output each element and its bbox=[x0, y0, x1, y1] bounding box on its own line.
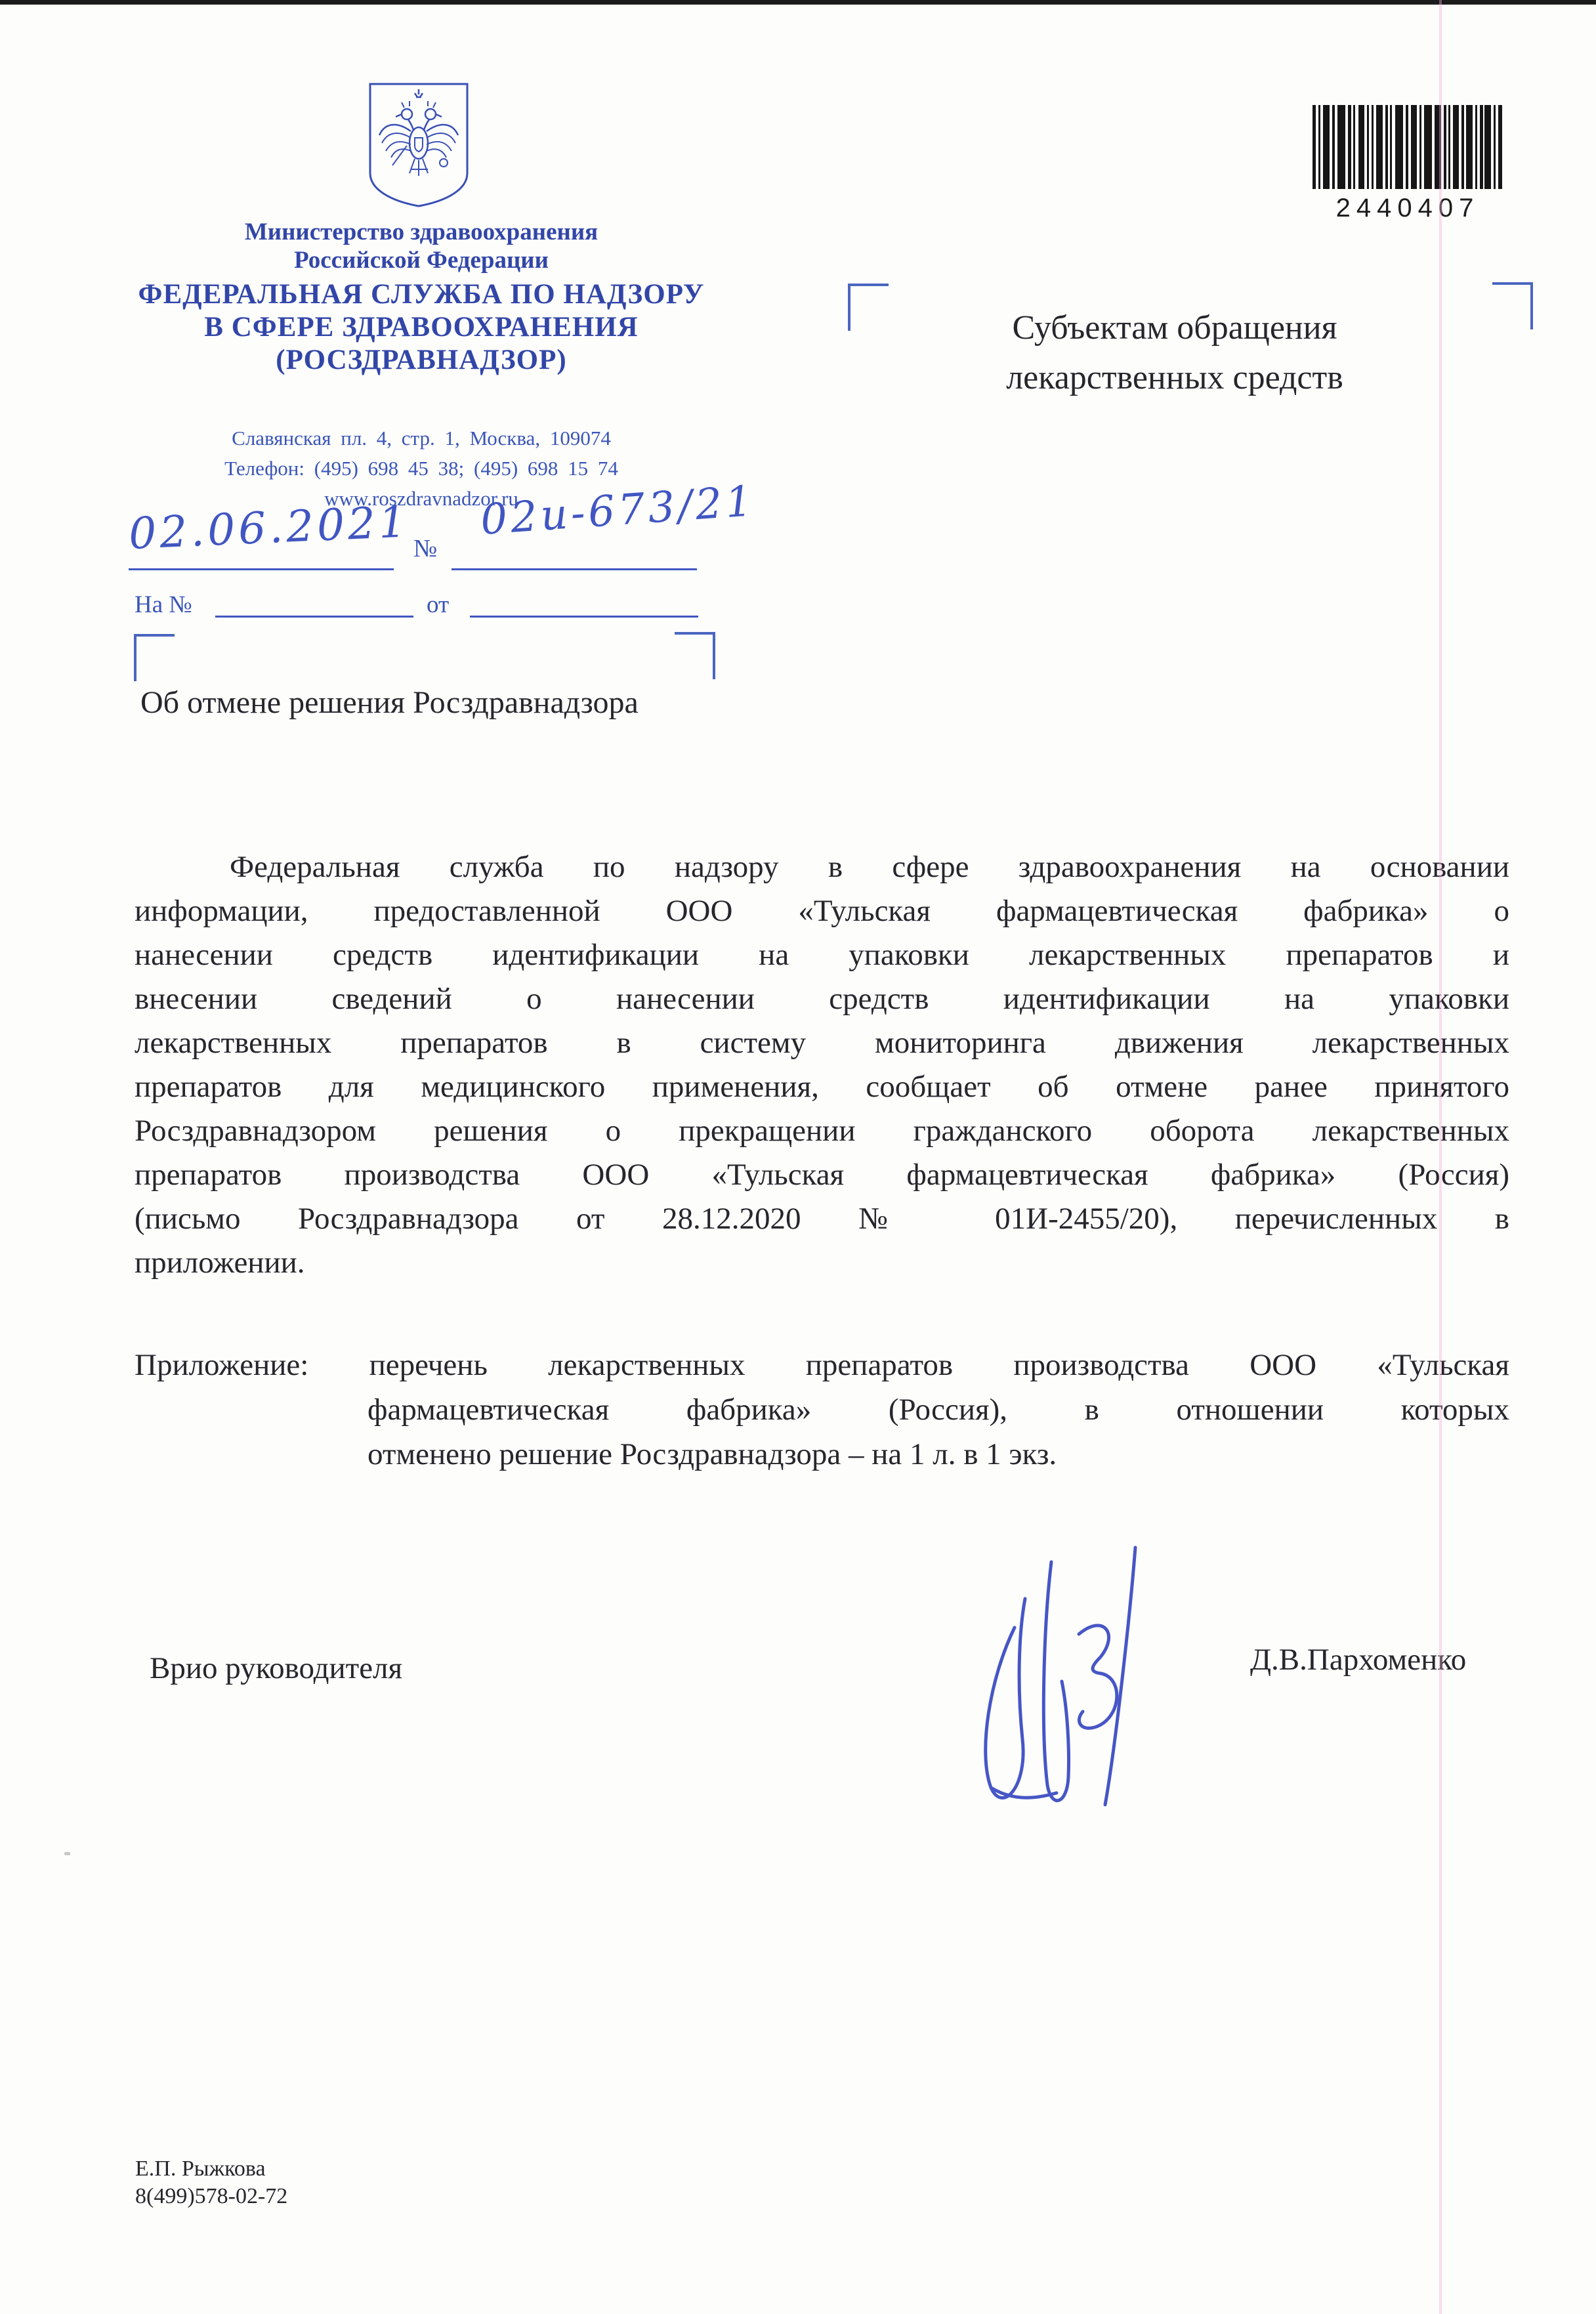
body-paragraph: Федеральная служба по надзору в сфере зд… bbox=[135, 845, 1509, 1285]
executor-block: Е.П. Рыжкова 8(499)578-02-72 bbox=[135, 2155, 287, 2210]
attachment-note: Приложение: перечень лекарственных препа… bbox=[135, 1343, 1509, 1477]
ministry-name: Министерство здравоохранения Российской … bbox=[41, 218, 802, 274]
attachment-line: фармацевтическая фабрика» (Россия), в от… bbox=[367, 1387, 1509, 1432]
ministry-line2: Российской Федерации bbox=[41, 246, 802, 274]
barcode-bars bbox=[1312, 105, 1503, 189]
corner-mark-subject-right bbox=[675, 632, 715, 679]
reply-date-blank-line bbox=[470, 616, 698, 618]
body-line: Росздравнадзором решения о прекращении г… bbox=[135, 1109, 1509, 1153]
letterhead-phone: Телефон: (495) 698 45 38; (495) 698 15 7… bbox=[41, 453, 802, 484]
attachment-line: Приложение: перечень лекарственных препа… bbox=[135, 1343, 1509, 1387]
signer-position: Врио руководителя bbox=[150, 1651, 402, 1686]
scan-edge-artifact bbox=[0, 0, 1596, 5]
number-blank-line bbox=[451, 568, 697, 570]
executor-name: Е.П. Рыжкова bbox=[135, 2155, 287, 2183]
corner-mark-recipient-right bbox=[1492, 282, 1533, 329]
recipient-line1: Субъектам обращения bbox=[912, 303, 1437, 353]
barcode-number: 2440407 bbox=[1312, 194, 1503, 223]
scan-speck-artifact bbox=[64, 1852, 70, 1855]
date-blank-line bbox=[129, 568, 394, 570]
agency-line1: ФЕДЕРАЛЬНАЯ СЛУЖБА ПО НАДЗОРУ bbox=[41, 278, 802, 311]
body-line: препаратов для медицинского применения, … bbox=[135, 1065, 1509, 1109]
body-line: нанесении средств идентификации на упако… bbox=[135, 933, 1509, 977]
body-line: Федеральная служба по надзору в сфере зд… bbox=[135, 845, 1509, 889]
reply-number-label: На № bbox=[135, 591, 192, 619]
body-line: внесении сведений о нанесении средств ид… bbox=[135, 977, 1509, 1021]
corner-mark-recipient-left bbox=[848, 284, 889, 331]
barcode: 2440407 bbox=[1312, 105, 1503, 218]
signature-ink bbox=[938, 1536, 1188, 1818]
corner-mark-subject-left bbox=[134, 634, 175, 681]
recipient-block: Субъектам обращения лекарственных средст… bbox=[912, 303, 1437, 403]
subject-line: Об отмене решения Росздравнадзора bbox=[140, 684, 639, 721]
agency-line2: В СФЕРЕ ЗДРАВООХРАНЕНИЯ bbox=[41, 311, 802, 344]
ministry-line1: Министерство здравоохранения bbox=[41, 218, 802, 246]
body-line: информации, предоставленной ООО «Тульска… bbox=[135, 889, 1509, 933]
body-line: (письмо Росздравнадзора от 28.12.2020 № … bbox=[135, 1197, 1509, 1241]
scanned-letter-page: Министерство здравоохранения Российской … bbox=[0, 0, 1596, 2314]
coat-of-arms-icon bbox=[365, 80, 472, 209]
executor-phone: 8(499)578-02-72 bbox=[135, 2183, 287, 2210]
agency-name: ФЕДЕРАЛЬНАЯ СЛУЖБА ПО НАДЗОРУ В СФЕРЕ ЗД… bbox=[41, 278, 802, 377]
reply-from-label: от bbox=[427, 591, 449, 619]
reply-number-blank-line bbox=[215, 616, 413, 618]
recipient-line2: лекарственных средств bbox=[912, 353, 1437, 403]
body-line: приложении. bbox=[135, 1241, 1509, 1285]
body-line: лекарственных препаратов в систему монит… bbox=[135, 1021, 1509, 1065]
signer-name: Д.В.Пархоменко bbox=[1250, 1642, 1466, 1677]
number-sign-label: № bbox=[413, 534, 437, 563]
body-line: препаратов производства ООО «Тульская фа… bbox=[135, 1153, 1509, 1197]
agency-line3: (РОСЗДРАВНАДЗОР) bbox=[41, 344, 802, 377]
scanner-line-artifact bbox=[1439, 0, 1442, 2314]
letterhead-address: Славянская пл. 4, стр. 1, Москва, 109074 bbox=[41, 423, 802, 453]
attachment-line: отменено решение Росздравнадзора – на 1 … bbox=[367, 1432, 1509, 1477]
